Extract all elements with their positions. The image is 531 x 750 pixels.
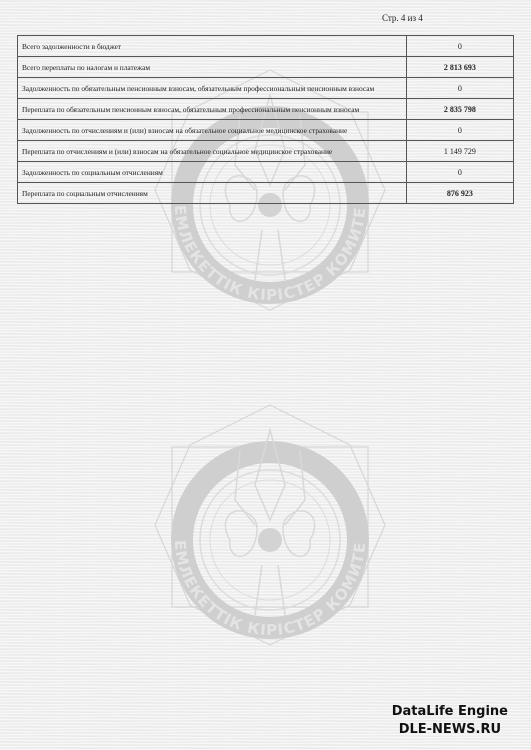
row-label: Задолженность по социальным отчислениям [18, 162, 407, 183]
row-value: 0 [406, 162, 513, 183]
table-row: Задолженность по отчислениям и (или) взн… [18, 120, 514, 141]
brand-line-1: DataLife Engine [392, 703, 508, 721]
row-label: Всего задолженности в бюджет [18, 36, 407, 57]
table-row: Всего переплаты по налогам и платежам2 8… [18, 57, 514, 78]
seal-watermark-bottom: МЕМЛЕКЕТТІК КІРІСТЕР КОМИТЕТІ [0, 390, 531, 690]
row-value: 0 [406, 78, 513, 99]
row-value: 2 835 798 [406, 99, 513, 120]
table-row: Всего задолженности в бюджет0 [18, 36, 514, 57]
page-number: Стр. 4 из 4 [382, 13, 423, 23]
table-row: Переплата по обязательным пенсионным взн… [18, 99, 514, 120]
row-label: Всего переплаты по налогам и платежам [18, 57, 407, 78]
row-value: 876 923 [406, 183, 513, 204]
row-value: 0 [406, 120, 513, 141]
tax-balance-table: Всего задолженности в бюджет0Всего переп… [17, 35, 514, 204]
row-label: Переплата по социальным отчислениям [18, 183, 407, 204]
row-label: Переплата по обязательным пенсионным взн… [18, 99, 407, 120]
row-value: 1 149 729 [406, 141, 513, 162]
site-brand-watermark: DataLife Engine DLE-NEWS.RU [392, 703, 508, 739]
svg-text:МЕМЛЕКЕТТІК КІРІСТЕР КОМИТЕТІ: МЕМЛЕКЕТТІК КІРІСТЕР КОМИТЕТІ [0, 390, 369, 639]
table-row: Задолженность по обязательным пенсионным… [18, 78, 514, 99]
row-value: 0 [406, 36, 513, 57]
row-value: 2 813 693 [406, 57, 513, 78]
state-revenue-committee-seal-icon: МЕМЛЕКЕТТІК КІРІСТЕР КОМИТЕТІ [0, 390, 531, 690]
row-label: Переплата по отчислениям и (или) взносам… [18, 141, 407, 162]
brand-line-2: DLE-NEWS.RU [392, 721, 508, 739]
table-row: Переплата по отчислениям и (или) взносам… [18, 141, 514, 162]
row-label: Задолженность по обязательным пенсионным… [18, 78, 407, 99]
row-label: Задолженность по отчислениям и (или) взн… [18, 120, 407, 141]
table-row: Переплата по социальным отчислениям876 9… [18, 183, 514, 204]
table-row: Задолженность по социальным отчислениям0 [18, 162, 514, 183]
